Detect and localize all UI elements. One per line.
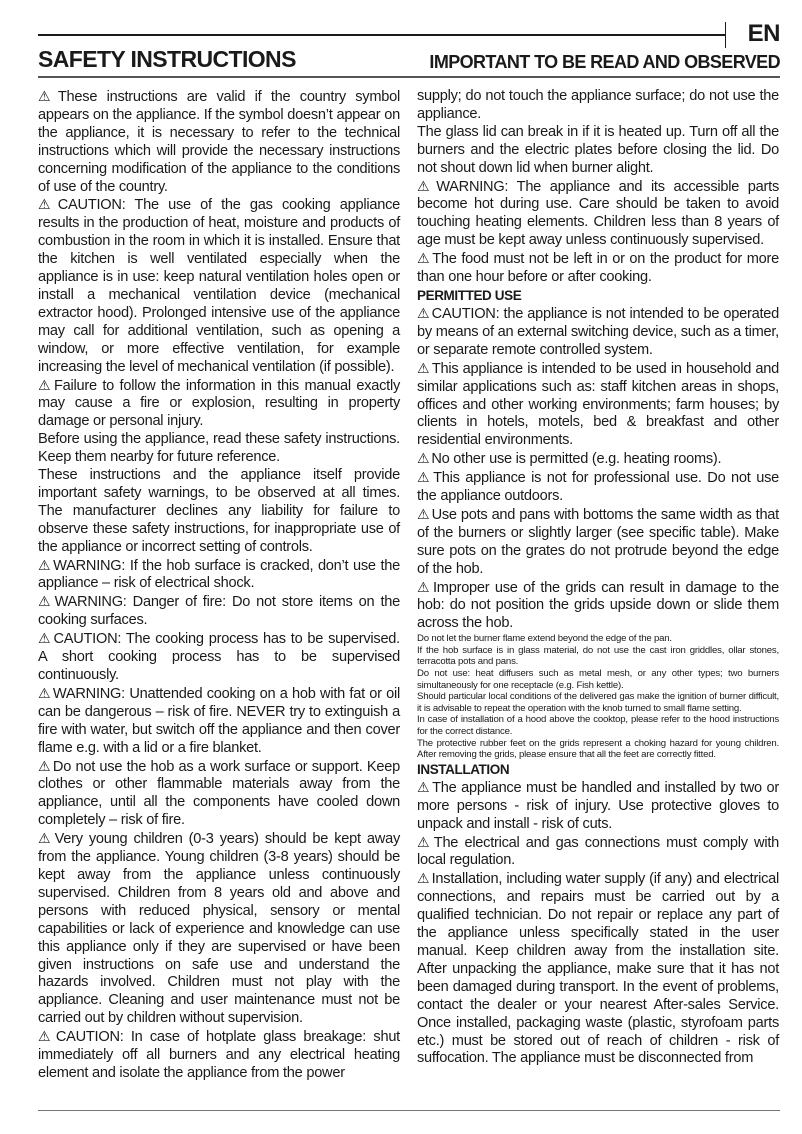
warning-paragraph: CAUTION: The cooking process has to be s… [38,630,400,685]
small-print-note: Should particular local conditions of th… [417,691,779,714]
paragraph: The glass lid can break in if it is heat… [417,124,779,178]
paragraph: supply; do not touch the appliance surfa… [417,88,779,124]
small-print-note: In case of installation of a hood above … [417,714,779,737]
paragraph: Before using the appliance, read these s… [38,431,400,467]
warning-paragraph: The food must not be left in or on the p… [417,250,779,287]
top-rule [38,34,726,36]
section-heading-installation: INSTALLATION [417,761,779,779]
paragraph: These instructions and the appliance its… [38,467,400,557]
warning-paragraph: Installation, including water supply (if… [417,870,779,1068]
warning-paragraph: WARNING: Danger of fire: Do not store it… [38,593,400,630]
footer-rule [38,1110,780,1111]
right-column: supply; do not touch the appliance surfa… [417,88,779,1068]
warning-paragraph: CAUTION: In case of hotplate glass break… [38,1028,400,1083]
warning-paragraph: CAUTION: the appliance is not intended t… [417,305,779,360]
header-rule [38,76,780,78]
warning-paragraph: WARNING: Unattended cooking on a hob wit… [38,685,400,758]
warning-paragraph: This appliance is intended to be used in… [417,360,779,451]
page-title: SAFETY INSTRUCTIONS [38,46,296,73]
warning-paragraph: Do not use the hob as a work surface or … [38,758,400,831]
warning-paragraph: Use pots and pans with bottoms the same … [417,506,779,579]
page-subtitle: IMPORTANT TO BE READ AND OBSERVED [429,52,780,73]
warning-paragraph: The appliance must be handled and instal… [417,779,779,834]
warning-paragraph: WARNING: If the hob surface is cracked, … [38,557,400,594]
warning-paragraph: Very young children (0-3 years) should b… [38,830,400,1028]
warning-paragraph: This appliance is not for professional u… [417,469,779,506]
warning-paragraph: WARNING: The appliance and its accessibl… [417,178,779,251]
small-print-note: Do not let the burner flame extend beyon… [417,633,779,645]
warning-paragraph: These instructions are valid if the coun… [38,88,400,196]
section-heading-permitted-use: PERMITTED USE [417,287,779,305]
small-print-note: The protective rubber feet on the grids … [417,738,779,761]
warning-paragraph: Improper use of the grids can result in … [417,579,779,634]
warning-paragraph: CAUTION: The use of the gas cooking appl… [38,196,400,376]
warning-paragraph: Failure to follow the information in thi… [38,377,400,432]
language-tab-divider [725,22,726,48]
left-column: These instructions are valid if the coun… [38,88,400,1083]
small-print-note: If the hob surface is in glass material,… [417,645,779,668]
warning-paragraph: No other use is permitted (e.g. heating … [417,450,779,469]
small-print-note: Do not use: heat diffusers such as metal… [417,668,779,691]
language-code: EN [748,20,780,48]
warning-paragraph: The electrical and gas connections must … [417,834,779,871]
